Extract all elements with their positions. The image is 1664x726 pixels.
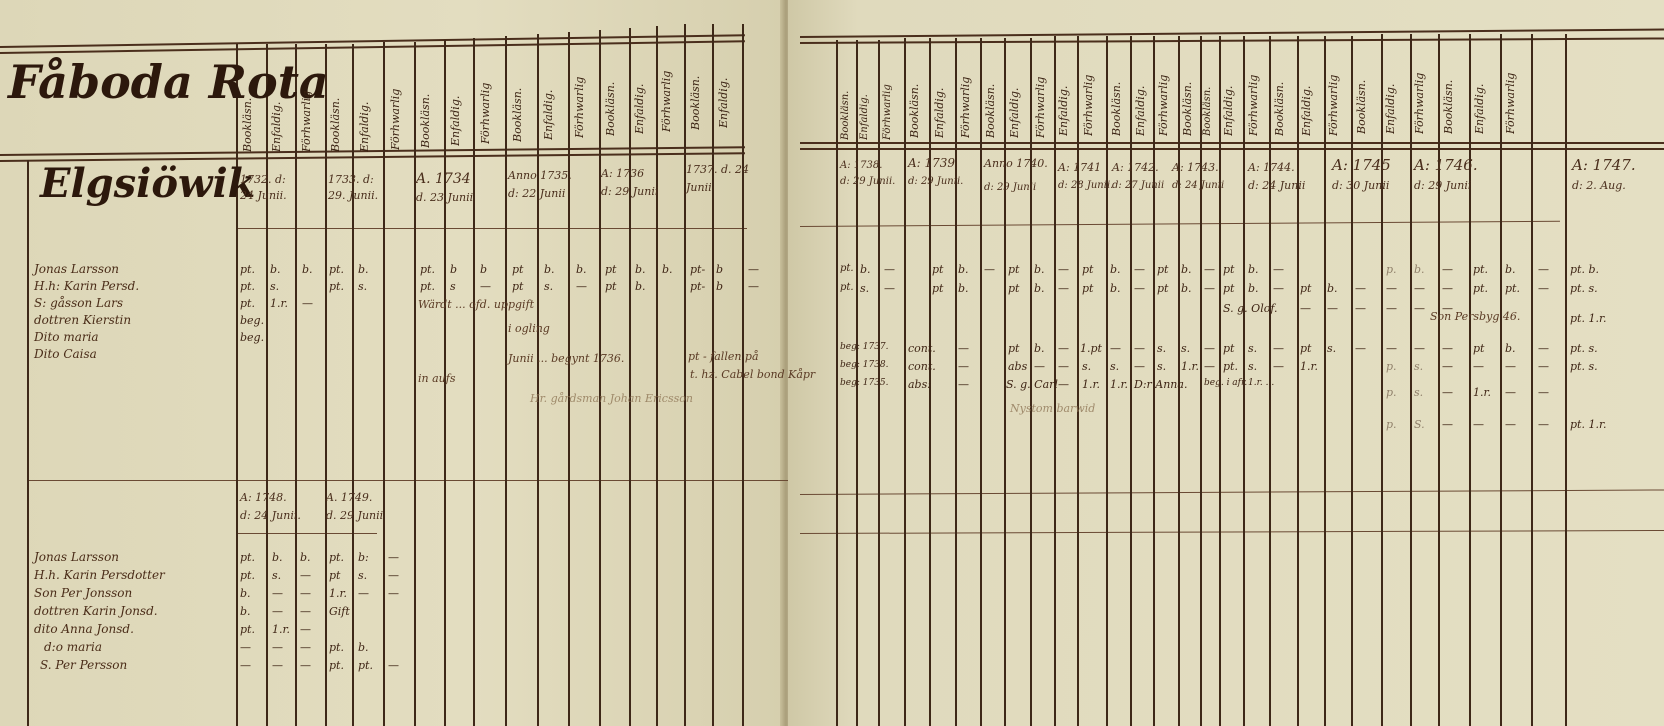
column-header: Förhwarlig bbox=[660, 38, 680, 132]
mark: — bbox=[1355, 282, 1366, 295]
mark: — bbox=[272, 659, 283, 672]
mark: beg. i afr. bbox=[1204, 378, 1247, 388]
mark: b. bbox=[958, 282, 969, 295]
mark: — bbox=[240, 641, 251, 654]
column-rule bbox=[295, 44, 297, 726]
mark: pt bbox=[932, 263, 943, 276]
mark: b. bbox=[1248, 263, 1259, 276]
column-rule bbox=[414, 42, 416, 726]
column-header: Bookläsn. bbox=[241, 58, 261, 152]
mark: pt. bbox=[1223, 360, 1238, 373]
exam-date-year: A: 1742. bbox=[1112, 160, 1159, 175]
column-rule bbox=[1565, 34, 1567, 726]
mark: — bbox=[1355, 302, 1366, 315]
member-name: H.h: Karin Persd. bbox=[34, 279, 139, 293]
mark: S. g. Olof. bbox=[1223, 302, 1278, 315]
mark: pt bbox=[1082, 263, 1093, 276]
mark: b. bbox=[1414, 263, 1425, 276]
mark: — bbox=[1355, 342, 1366, 355]
mark: s. bbox=[1248, 360, 1257, 373]
mark: pt. 1.r. bbox=[1570, 312, 1607, 325]
note: Junii ... begynt 1736. bbox=[508, 352, 624, 365]
mark: pt bbox=[1300, 342, 1311, 355]
column-header: Bookläsn. bbox=[1181, 46, 1199, 136]
column-header: Förhwarlig bbox=[1504, 44, 1528, 134]
mark: pt bbox=[1008, 282, 1019, 295]
column-header: Förhwarlig bbox=[1157, 46, 1175, 136]
exam-date-year: 1737. d. 24 bbox=[686, 162, 749, 177]
household-separator-rule bbox=[28, 480, 788, 481]
mark: s. bbox=[272, 569, 281, 582]
exam-date-day: Junii bbox=[686, 180, 712, 195]
mark: 1.r. bbox=[1110, 378, 1128, 391]
column-rule bbox=[1324, 36, 1326, 726]
mark: — bbox=[1505, 360, 1516, 373]
mark: — bbox=[240, 659, 251, 672]
column-header: Enfaldig. bbox=[1008, 48, 1026, 138]
mark: — bbox=[272, 605, 283, 618]
mark: — bbox=[1442, 342, 1453, 355]
mark: — bbox=[958, 360, 969, 373]
column-rule bbox=[684, 24, 686, 726]
column-rule bbox=[537, 34, 539, 726]
mark: — bbox=[300, 641, 311, 654]
mark: s. bbox=[1327, 342, 1336, 355]
mark: pt bbox=[605, 263, 616, 276]
mark: b bbox=[716, 263, 723, 276]
mark: b. bbox=[270, 263, 281, 276]
mark: s. bbox=[1157, 360, 1166, 373]
mark: b. bbox=[240, 587, 251, 600]
mark: s. bbox=[860, 282, 869, 295]
mark: — bbox=[1058, 282, 1069, 295]
exam-date-day: d. 23 Junii bbox=[416, 190, 473, 205]
mark: — bbox=[1386, 282, 1397, 295]
mark: — bbox=[388, 569, 399, 582]
column-rule bbox=[1200, 36, 1202, 726]
mark: b bbox=[480, 263, 487, 276]
column-header: Enfaldig. bbox=[717, 34, 737, 128]
exam-date-day: d: 28 Junii. bbox=[1058, 178, 1113, 193]
column-header: Förhwarlig bbox=[1327, 46, 1349, 136]
mark: pt. bbox=[420, 280, 435, 293]
mark: — bbox=[1505, 418, 1516, 431]
column-header: Bookläsn. bbox=[604, 42, 624, 136]
column-header: Enfaldig. bbox=[859, 50, 875, 140]
column-header: Enfaldig. bbox=[1384, 44, 1408, 134]
mark: — bbox=[1442, 386, 1453, 399]
mark: b. bbox=[302, 263, 313, 276]
mark: b. bbox=[662, 263, 673, 276]
mark: pt. bbox=[240, 263, 255, 276]
mark: s. bbox=[1157, 342, 1166, 355]
note: pt - fallen på bbox=[688, 350, 759, 363]
member-name: dottren Karin Jonsd. bbox=[34, 604, 158, 618]
mark: pt bbox=[1082, 282, 1093, 295]
column-rule bbox=[1469, 34, 1471, 726]
column-rule bbox=[1297, 36, 1299, 726]
mark: — bbox=[300, 623, 311, 636]
mark: — bbox=[576, 280, 587, 293]
mark: pt- bbox=[690, 263, 705, 276]
column-rule bbox=[325, 44, 327, 726]
mark: pt. s. bbox=[1570, 282, 1598, 295]
member-name: Jonas Larsson bbox=[34, 550, 119, 564]
mark: s. bbox=[1110, 360, 1119, 373]
member-name: H.h. Karin Persdotter bbox=[34, 568, 165, 582]
mark: b. bbox=[1034, 342, 1045, 355]
column-header: Förhwarlig bbox=[479, 50, 499, 144]
column-header: Förhwarlig bbox=[573, 44, 593, 138]
column-header: Enfaldig. bbox=[1134, 46, 1152, 136]
mark: pt bbox=[512, 263, 523, 276]
column-rule bbox=[1531, 34, 1533, 726]
column-header: Bookläsn. bbox=[1202, 46, 1218, 136]
mark: p. bbox=[1386, 418, 1397, 431]
mark: cont. bbox=[908, 360, 936, 373]
column-rule bbox=[352, 44, 354, 726]
exam-date-day: d: 2. Aug. bbox=[1572, 178, 1626, 193]
note: Hr. gårdsman Johan Ericsson bbox=[530, 392, 693, 405]
mark: — bbox=[1134, 263, 1145, 276]
mark: pt. bbox=[1473, 263, 1488, 276]
mark: — bbox=[1204, 360, 1215, 373]
exam-date-year: A: 1746. bbox=[1414, 158, 1478, 173]
mark: s. bbox=[1414, 360, 1423, 373]
mark: pt. bbox=[329, 551, 344, 564]
exam-date-year: A: 1744. bbox=[1248, 160, 1295, 175]
mark: b bbox=[450, 263, 457, 276]
column-header: Enfaldig. bbox=[633, 40, 653, 134]
mark: pt. b. bbox=[1570, 263, 1599, 276]
member-name: Son Per Jonsson bbox=[34, 586, 132, 600]
column-rule bbox=[266, 44, 268, 726]
mark: pt. bbox=[840, 282, 854, 293]
exam-date-day: d: 29 Junii. bbox=[840, 174, 895, 189]
column-header: Förhwarlig bbox=[1082, 46, 1102, 136]
column-header: Förhwarlig bbox=[1247, 46, 1267, 136]
mark: — bbox=[1134, 360, 1145, 373]
mark: cont. bbox=[908, 342, 936, 355]
mark: — bbox=[1327, 302, 1338, 315]
mark: — bbox=[884, 282, 895, 295]
note: Nystom barwid bbox=[1010, 402, 1095, 415]
mark: — bbox=[1273, 263, 1284, 276]
exam-date-day: d: 29 Junii. bbox=[908, 174, 963, 189]
mark: 1.r. ... bbox=[1248, 378, 1274, 388]
mark: beg: 1735. bbox=[840, 378, 889, 388]
mark: — bbox=[1134, 282, 1145, 295]
mark: beg: 1738. bbox=[840, 360, 889, 370]
mark: 1.pt bbox=[1080, 342, 1102, 355]
mark: — bbox=[748, 280, 759, 293]
mark: — bbox=[1300, 302, 1311, 315]
exam-date-day: d: 29 Junii bbox=[601, 184, 658, 199]
exam-date-year: A: 1747. bbox=[1572, 158, 1636, 173]
mark: 1.r. bbox=[1473, 386, 1491, 399]
mark: b. bbox=[240, 605, 251, 618]
mark: s. bbox=[1414, 386, 1423, 399]
mark: b. bbox=[1034, 263, 1045, 276]
mark: S. g. Carl bbox=[1006, 378, 1058, 391]
mark: — bbox=[1204, 263, 1215, 276]
member-name: dottren Kierstin bbox=[34, 313, 131, 327]
mark: — bbox=[1538, 386, 1549, 399]
mark: pt bbox=[1008, 263, 1019, 276]
column-header: Bookläsn. bbox=[908, 48, 926, 138]
mark: b. bbox=[1110, 263, 1121, 276]
mark: pt bbox=[1223, 263, 1234, 276]
mark: — bbox=[748, 263, 759, 276]
mark: — bbox=[1473, 418, 1484, 431]
mark: b. bbox=[1505, 342, 1516, 355]
mark: pt bbox=[1223, 342, 1234, 355]
mark: — bbox=[300, 569, 311, 582]
exam-date-day: 24 Junii. bbox=[240, 188, 287, 203]
mark: beg. bbox=[240, 331, 264, 344]
mark: — bbox=[958, 378, 969, 391]
mark: — bbox=[272, 641, 283, 654]
member-name: Dito Caisa bbox=[34, 347, 97, 361]
mark: 1.r. bbox=[1300, 360, 1318, 373]
names-column-rule bbox=[236, 44, 238, 726]
mark: abs bbox=[1008, 360, 1027, 373]
mark: s. bbox=[1181, 342, 1190, 355]
column-header: Bookläsn. bbox=[419, 54, 439, 148]
mark: 1.r. bbox=[272, 623, 290, 636]
mark: — bbox=[388, 587, 399, 600]
mark: pt. bbox=[240, 280, 255, 293]
exam-date-year: A: 1748. bbox=[240, 490, 287, 505]
column-header: Bookläsn. bbox=[1355, 44, 1379, 134]
note: Wärdt ... ofd. uppgift bbox=[418, 298, 534, 311]
mark: — bbox=[1204, 342, 1215, 355]
mark: — bbox=[958, 342, 969, 355]
mark: pt- bbox=[690, 280, 705, 293]
exam-date-year: A. 1734 bbox=[416, 172, 471, 187]
mark: p. bbox=[1386, 386, 1397, 399]
mark: — bbox=[358, 587, 369, 600]
column-header: Bookläsn. bbox=[1273, 46, 1295, 136]
mark: b: bbox=[358, 551, 369, 564]
mark: pt. bbox=[1505, 282, 1520, 295]
mark: pt. bbox=[240, 623, 255, 636]
mark: — bbox=[1204, 282, 1215, 295]
mark: pt. bbox=[240, 569, 255, 582]
mark: — bbox=[1273, 342, 1284, 355]
mark: beg. bbox=[240, 314, 264, 327]
exam-date-year: A: 1741 bbox=[1058, 160, 1101, 175]
mark: abs: bbox=[908, 378, 931, 391]
column-rule bbox=[1500, 34, 1502, 726]
mark: — bbox=[1386, 302, 1397, 315]
mark: pt. s. bbox=[1570, 342, 1598, 355]
mark: b. bbox=[1327, 282, 1338, 295]
mark: — bbox=[1538, 360, 1549, 373]
mark: — bbox=[1273, 360, 1284, 373]
exam-date-day: d: 24 Junii bbox=[1172, 178, 1224, 193]
mark: — bbox=[272, 587, 283, 600]
mark: Gift bbox=[329, 605, 350, 618]
mark: — bbox=[1058, 378, 1069, 391]
mark: pt. s. bbox=[1570, 360, 1598, 373]
column-header: Förhwarlig bbox=[882, 50, 900, 140]
mark: — bbox=[1442, 263, 1453, 276]
member-name: d:o maria bbox=[44, 640, 102, 654]
mark: pt bbox=[1473, 342, 1484, 355]
exam-date-year: Anno 1740. bbox=[984, 156, 1048, 171]
mark: pt. bbox=[240, 297, 255, 310]
mark: — bbox=[1273, 282, 1284, 295]
mark: pt. bbox=[329, 263, 344, 276]
mark: — bbox=[1442, 418, 1453, 431]
mark: b. bbox=[958, 263, 969, 276]
mark: — bbox=[1538, 282, 1549, 295]
mark: — bbox=[1538, 263, 1549, 276]
mark: — bbox=[1034, 360, 1045, 373]
column-header: Enfaldig. bbox=[542, 46, 562, 140]
exam-date-day: d: 22 Junii bbox=[508, 186, 565, 201]
mark: s. bbox=[358, 569, 367, 582]
mark: — bbox=[1134, 342, 1145, 355]
column-rule bbox=[1130, 36, 1132, 726]
mark: s bbox=[450, 280, 456, 293]
mark: pt bbox=[605, 280, 616, 293]
mark: b bbox=[716, 280, 723, 293]
member-name: Jonas Larsson bbox=[34, 262, 119, 276]
exam-date-day: d: 29 Junii bbox=[984, 180, 1036, 195]
exam-date-year: 1733. d: bbox=[328, 172, 374, 187]
mark: pt. bbox=[329, 659, 344, 672]
column-header: Enfaldig. bbox=[1222, 46, 1242, 136]
note: t. hz. Cabel bond Kåpr bbox=[690, 368, 815, 381]
column-header: Förhwarlig bbox=[389, 56, 409, 150]
village-title: Elgsiöwik bbox=[40, 160, 255, 207]
mark: pt bbox=[1157, 263, 1168, 276]
mark: — bbox=[1414, 342, 1425, 355]
column-rule bbox=[599, 30, 601, 726]
mark: pt bbox=[512, 280, 523, 293]
mark: pt. bbox=[329, 280, 344, 293]
mark: b. bbox=[358, 263, 369, 276]
exam-date-day: d: 24 Junii bbox=[1248, 178, 1305, 193]
mark: 1.r. bbox=[270, 297, 288, 310]
column-header: Bookläsn. bbox=[329, 58, 349, 152]
mark: b. bbox=[1034, 282, 1045, 295]
exam-date-year: A: 1743. bbox=[1172, 160, 1219, 175]
note: i ogling bbox=[508, 322, 550, 335]
column-header: Förhwarlig bbox=[1034, 48, 1052, 138]
column-header: Enfaldig. bbox=[1057, 46, 1075, 136]
mark: pt bbox=[1008, 342, 1019, 355]
exam-date-day: d: 27 Junii bbox=[1112, 178, 1164, 193]
mark: — bbox=[1538, 342, 1549, 355]
mark: pt bbox=[1157, 282, 1168, 295]
mark: b. bbox=[300, 551, 311, 564]
exam-date-year: A: 1745 bbox=[1332, 158, 1391, 173]
column-rule bbox=[955, 38, 957, 726]
mark: b. bbox=[1181, 263, 1192, 276]
mark: 1.r. bbox=[1181, 360, 1199, 373]
mark: pt. bbox=[358, 659, 373, 672]
column-rule bbox=[1106, 36, 1108, 726]
exam-date-year: A: 1738. bbox=[840, 158, 882, 173]
mark: pt. 1.r. bbox=[1570, 418, 1607, 431]
mark: 1.r. bbox=[329, 587, 347, 600]
mark: pt. bbox=[420, 263, 435, 276]
mark: pt. bbox=[1473, 282, 1488, 295]
mark: — bbox=[1058, 342, 1069, 355]
column-header: Förhwarlig bbox=[1413, 44, 1437, 134]
column-header: Enfaldig. bbox=[270, 58, 290, 152]
mark: b. bbox=[1181, 282, 1192, 295]
column-rule bbox=[1381, 34, 1383, 726]
column-rule bbox=[836, 40, 838, 726]
exam-date-day: d: 24 Junii. bbox=[240, 508, 301, 523]
mark: s. bbox=[1248, 342, 1257, 355]
mark: — bbox=[1442, 360, 1453, 373]
mark: p. bbox=[1386, 360, 1397, 373]
column-rule bbox=[568, 32, 570, 726]
column-header: Förhwarlig bbox=[959, 48, 977, 138]
mark: pt. bbox=[329, 641, 344, 654]
column-header: Förhwarlig bbox=[300, 58, 320, 152]
mark: beg: 1737. bbox=[840, 342, 889, 352]
mark: s. bbox=[358, 280, 367, 293]
column-rule bbox=[505, 36, 507, 726]
column-rule bbox=[629, 28, 631, 726]
column-header: Bookläsn. bbox=[1110, 46, 1128, 136]
mark: b. bbox=[1110, 282, 1121, 295]
mark: s. bbox=[1082, 360, 1091, 373]
column-header: Enfaldig. bbox=[933, 48, 951, 138]
column-rule bbox=[473, 38, 475, 726]
mark: — bbox=[1058, 360, 1069, 373]
mark: — bbox=[300, 659, 311, 672]
column-header: Bookläsn. bbox=[1442, 44, 1466, 134]
mark: — bbox=[1538, 418, 1549, 431]
margin-rule bbox=[27, 160, 29, 726]
mark: b. bbox=[576, 263, 587, 276]
member-name: dito Anna Jonsd. bbox=[34, 622, 134, 636]
column-rule bbox=[656, 26, 658, 726]
column-rule bbox=[980, 38, 982, 726]
mark: pt. bbox=[240, 551, 255, 564]
member-name: S. Per Persson bbox=[40, 658, 127, 672]
exam-date-day: d: 30 Junii bbox=[1332, 178, 1389, 193]
mark: — bbox=[1505, 386, 1516, 399]
mark: — bbox=[1414, 302, 1425, 315]
mark: b. bbox=[635, 280, 646, 293]
mark: b. bbox=[358, 641, 369, 654]
column-header: Enfaldig. bbox=[1473, 44, 1497, 134]
mark: pt bbox=[1223, 282, 1234, 295]
mark: pt bbox=[329, 569, 340, 582]
mark: b. bbox=[860, 263, 871, 276]
mark: — bbox=[1058, 263, 1069, 276]
column-header: Enfaldig. bbox=[1300, 46, 1322, 136]
column-rule bbox=[1077, 36, 1079, 726]
exam-date-day: d. 29 Junii bbox=[326, 508, 383, 523]
mark: — bbox=[300, 587, 311, 600]
column-rule bbox=[904, 38, 906, 726]
mark: — bbox=[984, 263, 995, 276]
mark: 1.r. bbox=[1082, 378, 1100, 391]
member-name: S: gåsson Lars bbox=[34, 296, 123, 310]
mark: — bbox=[302, 297, 313, 310]
exam-date-year: A: 1739 bbox=[908, 156, 955, 171]
mark: S. bbox=[1414, 418, 1425, 431]
